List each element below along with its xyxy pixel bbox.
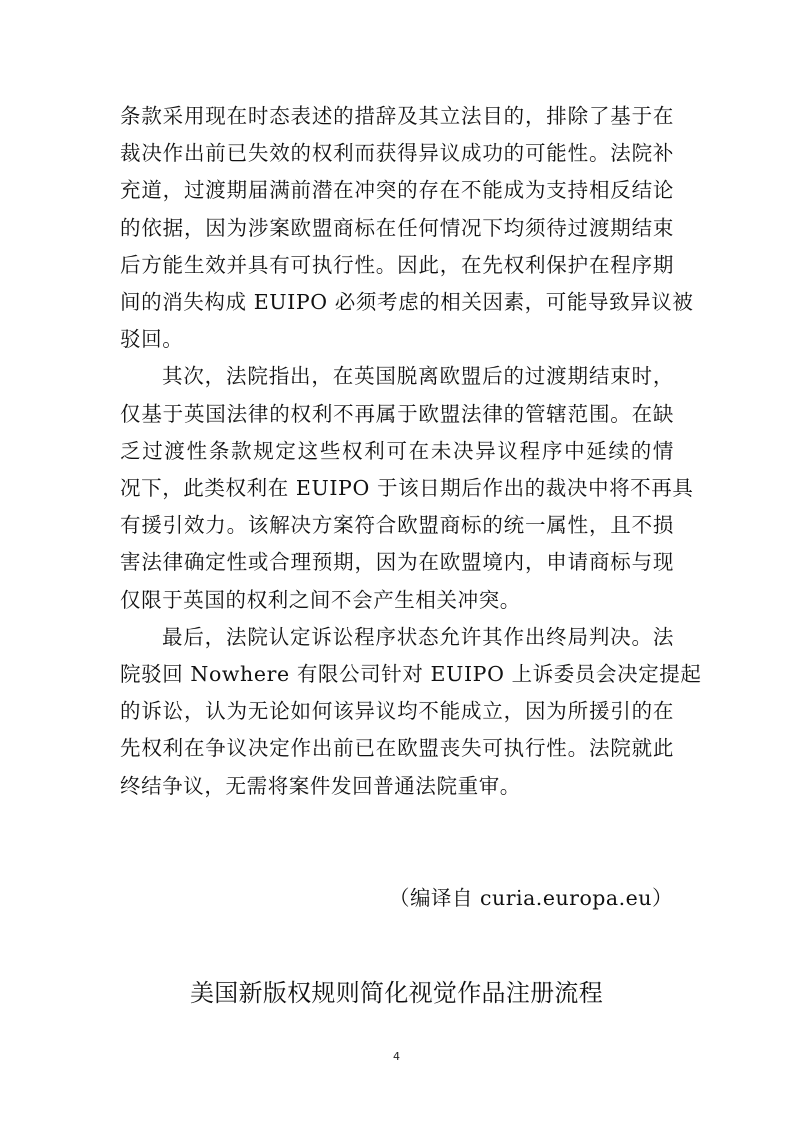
text-line: 乏过渡性条款规定这些权利可在未决异议程序中延续的情	[120, 433, 674, 470]
text-line: 最后，法院认定诉讼程序状态允许其作出终局判决。法	[120, 619, 674, 656]
text-line: 有援引效力。该解决方案符合欧盟商标的统一属性，且不损	[120, 507, 674, 544]
paragraph-1: 条款采用现在时态表述的措辞及其立法目的，排除了基于在 裁决作出前已失效的权利而获…	[120, 98, 674, 358]
text-line: 先权利在争议决定作出前已在欧盟丧失可执行性。法院就此	[120, 730, 674, 767]
text-line: 的依据，因为涉案欧盟商标在任何情况下均须待过渡期结束	[120, 210, 674, 247]
text-line: 仅限于英国的权利之间不会产生相关冲突。	[120, 582, 674, 619]
source-attribution: （编译自 curia.europa.eu）	[389, 880, 673, 917]
text-line: 况下，此类权利在 EUIPO 于该日期后作出的裁决中将不再具	[120, 470, 674, 507]
text-line: 充道，过渡期届满前潜在冲突的存在不能成为支持相反结论	[120, 172, 674, 209]
article-body: 条款采用现在时态表述的措辞及其立法目的，排除了基于在 裁决作出前已失效的权利而获…	[120, 98, 674, 805]
text-line: 条款采用现在时态表述的措辞及其立法目的，排除了基于在	[120, 98, 674, 135]
text-line: 的诉讼，认为无论如何该异议均不能成立，因为所援引的在	[120, 693, 674, 730]
paragraph-3: 最后，法院认定诉讼程序状态允许其作出终局判决。法 院驳回 Nowhere 有限公…	[120, 619, 674, 805]
section-heading: 美国新版权规则简化视觉作品注册流程	[0, 976, 793, 1010]
text-line: 院驳回 Nowhere 有限公司针对 EUIPO 上诉委员会决定提起	[120, 656, 674, 693]
paragraph-2: 其次，法院指出，在英国脱离欧盟后的过渡期结束时， 仅基于英国法律的权利不再属于欧…	[120, 358, 674, 618]
text-line: 裁决作出前已失效的权利而获得异议成功的可能性。法院补	[120, 135, 674, 172]
document-page: 条款采用现在时态表述的措辞及其立法目的，排除了基于在 裁决作出前已失效的权利而获…	[0, 0, 793, 1122]
text-line: 终结争议，无需将案件发回普通法院重审。	[120, 768, 674, 805]
text-line: 后方能生效并具有可执行性。因此，在先权利保护在程序期	[120, 247, 674, 284]
text-line: 仅基于英国法律的权利不再属于欧盟法律的管辖范围。在缺	[120, 396, 674, 433]
text-line: 驳回。	[120, 321, 674, 358]
text-line: 间的消失构成 EUIPO 必须考虑的相关因素，可能导致异议被	[120, 284, 674, 321]
text-line: 害法律确定性或合理预期，因为在欧盟境内，申请商标与现	[120, 544, 674, 581]
page-number: 4	[0, 1050, 793, 1063]
text-line: 其次，法院指出，在英国脱离欧盟后的过渡期结束时，	[120, 358, 674, 395]
